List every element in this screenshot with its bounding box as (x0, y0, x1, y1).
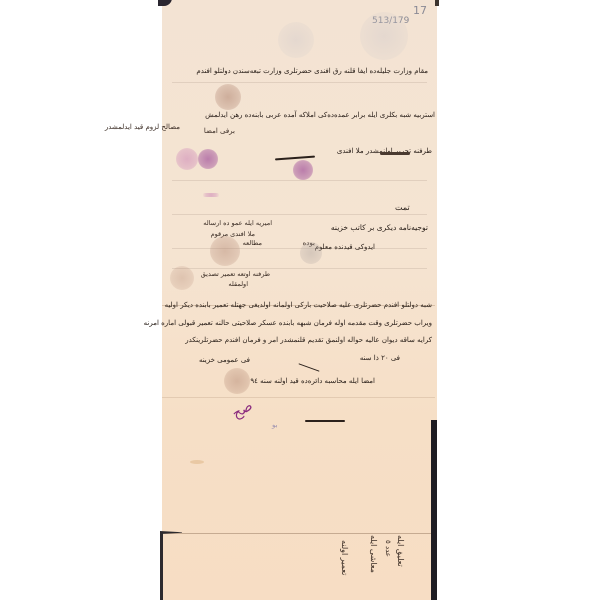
side-note-line-2: عدد ٥ (384, 540, 392, 557)
grey-seal (300, 242, 322, 264)
paragraph-2-line-1: شبه دولتلو افندم حضرتلری علیه صلاحیت بار… (170, 302, 432, 309)
brown-seal (210, 236, 240, 266)
fold-line (162, 533, 435, 534)
side-note-line-1: تعلیق ایله (396, 535, 405, 567)
watermark-seal (360, 12, 408, 60)
paragraph-1-line-1: استربیه شبه بکلری ایله برابر عمده‌ده‌کی … (169, 112, 435, 119)
purple-seal (198, 149, 218, 169)
middle-left-line-3: مطالعه (243, 240, 262, 247)
purple-stamp-mark (203, 193, 219, 197)
paragraph-1-line-2: مصالح لزوم قید ایدلمشدر (105, 124, 180, 131)
side-note-line-4: تعمیر اولنه (340, 540, 349, 575)
brown-seal (224, 368, 250, 394)
scan-right-edge-shadow (431, 420, 437, 600)
ruled-line (172, 214, 427, 215)
folio-number: 17 (413, 4, 427, 17)
ruled-line (172, 268, 427, 269)
scan-corner-shadow (158, 0, 172, 6)
paragraph-1-line-3: برفی امضا (204, 128, 235, 135)
scan-edge-shadow (435, 0, 439, 6)
side-note-line-3: معاشی ایله (369, 535, 378, 573)
fold-line (162, 397, 435, 398)
document-sheet (162, 0, 437, 600)
paragraph-2-line-2: ویراب حضرتلری وقت مقدمه اوله فرمان شبهه … (170, 320, 432, 327)
watermark-emblem (278, 22, 314, 58)
ink-stroke-signature (305, 420, 345, 422)
ink-smudge (380, 152, 410, 155)
ruled-line (172, 180, 427, 181)
middle-left-line-4: طرفنه اوتعه تعمیر تصدیق (201, 271, 270, 278)
small-purple-note: بو (272, 422, 278, 429)
paper-stain (190, 460, 204, 464)
closing-line: امضا ایله محاسبه دائره‌ده قید اولنه سنه … (250, 378, 375, 385)
middle-left-line-1: امیریه ایله عمو ده ارساله (203, 220, 272, 227)
paragraph-2-line-3: کرایه ساقه دیوان عالیه حواله اولنمق تقدی… (170, 337, 432, 344)
middle-right-line-3: ایدوکی قیدنده معلوم (315, 244, 375, 251)
scan-left-edge-shadow (160, 533, 163, 600)
purple-seal (293, 160, 313, 180)
middle-left-line-2: ملا افندی مرقوم (211, 231, 255, 238)
paragraph-2-line-5: فی ٢٠ ذا سنه (360, 355, 400, 362)
brown-seal (215, 84, 241, 110)
middle-right-line-2: توجیه‌نامه دیکری بر کاتب خزینه (331, 224, 428, 232)
ruled-line (172, 82, 427, 83)
middle-left-line-5: اولمقله (228, 281, 248, 288)
middle-right-line-1: تمت (395, 204, 410, 212)
header-line: مقام وزارت جلیله‌ده ایفا قلنه رق افندی ح… (174, 68, 428, 75)
paragraph-2-line-4: فی عمومی خزینه (199, 357, 250, 364)
purple-seal (176, 148, 198, 170)
brown-seal (170, 266, 194, 290)
